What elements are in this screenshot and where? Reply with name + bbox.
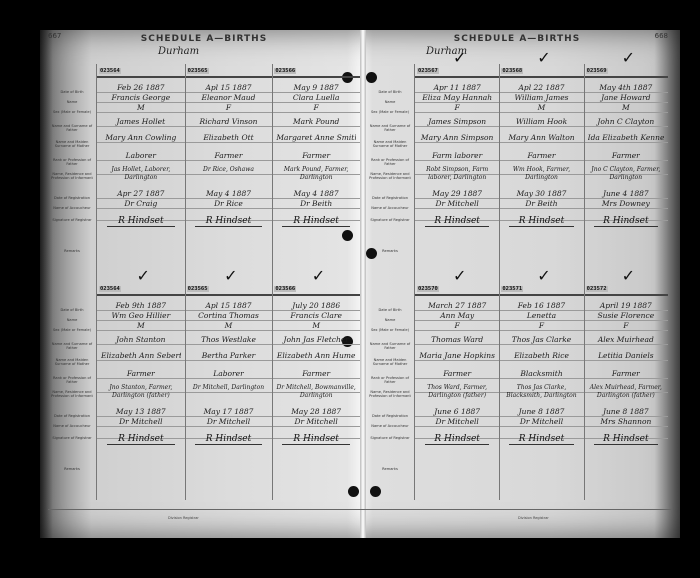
name-value: Francis Clare <box>276 312 356 320</box>
registration-date-value: May 4 1887 <box>189 190 269 198</box>
name-value: Eleanor Maud <box>189 94 269 102</box>
accoucheur-value: Dr Mitchell <box>276 418 356 426</box>
field-labels: Date of BirthNameSex (Male or Female)Nam… <box>48 64 97 500</box>
form-footer: Division Registrar Division Registrar <box>48 509 672 532</box>
remarks-label: Remarks <box>368 467 412 471</box>
father-profession-value: Farmer <box>189 152 269 160</box>
birth-record: 023572April 19 1887Susie FlorenceFAlex M… <box>584 296 668 496</box>
field-label: Name, Residence and Profession of Inform… <box>368 390 412 398</box>
date-of-birth-value: Feb 16 1887 <box>503 302 579 310</box>
field-label: Rank or Profession of Father <box>50 376 94 384</box>
field-label: Name <box>368 100 412 104</box>
informant-value: Wm Hook, Farmer, Darlington <box>503 166 579 182</box>
field-label: Name and Surname of Father <box>50 124 94 132</box>
check-mark-icon: ✓ <box>537 266 550 285</box>
date-of-birth-value: May 4th 1887 <box>588 84 664 92</box>
left-page: 667 SCHEDULE A—BIRTHS Durham Date of Bir… <box>48 30 360 500</box>
father-profession-value: Farmer <box>588 152 664 160</box>
accoucheur-value: Dr Mitchell <box>189 418 269 426</box>
registration-date-value: June 4 1887 <box>588 190 664 198</box>
registration-number: 023564 <box>99 68 121 74</box>
registration-date-value: June 8 1887 <box>588 408 664 416</box>
check-mark-icon: ✓ <box>622 48 635 67</box>
field-label: Rank or Profession of Father <box>368 376 412 384</box>
registrar-signature: R Hindset <box>594 216 658 227</box>
date-of-birth-value: Apl 22 1887 <box>503 84 579 92</box>
registrar-signature: R Hindset <box>594 434 658 445</box>
field-label: Name and Maiden Surname of Mother <box>50 358 94 366</box>
field-label: Date of Registration <box>368 196 412 200</box>
name-value: Wm Geo Hillier <box>101 312 181 320</box>
informant-value: Jno Stanton, Farmer, Darlington (father) <box>101 384 181 400</box>
registration-number: 023566 <box>274 286 296 292</box>
field-label: Date of Registration <box>50 414 94 418</box>
field-label: Name and Surname of Father <box>368 124 412 132</box>
registration-date-value: May 4 1887 <box>276 190 356 198</box>
name-value: Lenetta <box>503 312 579 320</box>
mother-value: Elizabeth Rice <box>503 352 579 360</box>
footer-label: Division Registrar <box>518 516 549 520</box>
field-label: Name of Accoucheur <box>368 206 412 210</box>
accoucheur-value: Dr Mitchell <box>419 418 495 426</box>
sex-value: F <box>503 322 579 330</box>
field-label: Name and Maiden Surname of Mother <box>368 358 412 366</box>
father-value: Thos Westlake <box>189 336 269 344</box>
registration-number: 023566 <box>274 68 296 74</box>
accoucheur-value: Dr Mitchell <box>419 200 495 208</box>
date-of-birth-value: July 20 1886 <box>276 302 356 310</box>
field-label: Name, Residence and Profession of Inform… <box>368 172 412 180</box>
father-value: Alex Muirhead <box>588 336 664 344</box>
date-of-birth-value: March 27 1887 <box>419 302 495 310</box>
field-label: Name <box>50 100 94 104</box>
date-of-birth-value: April 19 1887 <box>588 302 664 310</box>
field-label: Rank or Profession of Father <box>50 158 94 166</box>
father-value: Richard Vinson <box>189 118 269 126</box>
field-label: Name of Accoucheur <box>50 424 94 428</box>
name-value: Francis George <box>101 94 181 102</box>
registration-date-value: May 17 1887 <box>189 408 269 416</box>
footer-label: Division Registrar <box>168 516 199 520</box>
registrar-signature: R Hindset <box>282 216 350 227</box>
sex-value: M <box>189 322 269 330</box>
registration-date-value: June 6 1887 <box>419 408 495 416</box>
registrar-signature: R Hindset <box>425 216 489 227</box>
mother-value: Letitia Daniels <box>588 352 664 360</box>
informant-value: Dr Mitchell, Bowmanville, Darlington <box>276 384 356 400</box>
birth-record: 023567Apr 11 1887Eliza May HannahFJames … <box>415 78 499 278</box>
date-of-birth-value: Feb 26 1887 <box>101 84 181 92</box>
sex-value: M <box>276 322 356 330</box>
accoucheur-value: Mrs Shannon <box>588 418 664 426</box>
check-mark-icon: ✓ <box>312 266 325 285</box>
father-value: John Stanton <box>101 336 181 344</box>
field-label: Rank or Profession of Father <box>368 158 412 166</box>
birth-record: 023565Apl 15 1887Eleanor MaudFRichard Vi… <box>185 78 273 278</box>
informant-value: Robt Simpson, Farm laborer, Darlington <box>419 166 495 182</box>
informant-value: Thos Ward, Farmer, Darlington (father) <box>419 384 495 400</box>
right-page: 668 SCHEDULE A—BIRTHS Durham Date of Bir… <box>366 30 668 500</box>
registrar-signature: R Hindset <box>107 216 175 227</box>
name-value: Cortina Thomas <box>189 312 269 320</box>
registrar-signature: R Hindset <box>282 434 350 445</box>
father-profession-value: Farmer <box>503 152 579 160</box>
field-label: Date of Birth <box>50 90 94 94</box>
field-label: Date of Birth <box>368 90 412 94</box>
date-of-birth-value: May 9 1887 <box>276 84 356 92</box>
informant-value: Dr Mitchell, Darlington <box>189 384 269 392</box>
field-label: Date of Registration <box>50 196 94 200</box>
father-profession-value: Farmer <box>276 370 356 378</box>
father-profession-value: Laborer <box>101 152 181 160</box>
mother-value: Margaret Anne Smith <box>276 134 356 142</box>
mother-value: Elizabeth Ann Sebert <box>101 352 181 360</box>
name-value: Eliza May Hannah <box>419 94 495 102</box>
registration-number: 023565 <box>187 286 209 292</box>
registration-date-value: May 13 1887 <box>101 408 181 416</box>
father-value: William Hook <box>503 118 579 126</box>
mother-value: Elizabeth Ott <box>189 134 269 142</box>
form-title: SCHEDULE A—BIRTHS <box>48 34 360 44</box>
informant-value: Mark Pound, Farmer, Darlington <box>276 166 356 182</box>
registration-number: 023564 <box>99 286 121 292</box>
records-grid: 023567Apr 11 1887Eliza May HannahFJames … <box>415 64 668 500</box>
father-profession-value: Laborer <box>189 370 269 378</box>
accoucheur-value: Dr Rice <box>189 200 269 208</box>
sex-value: M <box>588 104 664 112</box>
field-label: Name and Maiden Surname of Mother <box>368 140 412 148</box>
registration-number: 023572 <box>586 286 608 292</box>
accoucheur-value: Dr Mitchell <box>101 418 181 426</box>
birth-record: 023571Feb 16 1887LenettaFThos Jas Clarke… <box>499 296 583 496</box>
birth-record: 023564Feb 9th 1887Wm Geo HillierMJohn St… <box>97 296 185 496</box>
field-label: Name and Maiden Surname of Mother <box>50 140 94 148</box>
mother-value: Elizabeth Ann Hume <box>276 352 356 360</box>
field-label: Signature of Registrar <box>368 436 412 440</box>
check-mark-icon: ✓ <box>453 48 466 67</box>
accoucheur-value: Dr Beith <box>503 200 579 208</box>
check-mark-icon: ✓ <box>136 266 149 285</box>
remarks-label: Remarks <box>368 249 412 253</box>
check-mark-icon: ✓ <box>537 48 550 67</box>
birth-record: 023565Apl 15 1887Cortina ThomasMThos Wes… <box>185 296 273 496</box>
date-of-birth-value: Feb 9th 1887 <box>101 302 181 310</box>
field-label: Name of Accoucheur <box>368 424 412 428</box>
registration-number: 023565 <box>187 68 209 74</box>
sex-value: M <box>503 104 579 112</box>
birth-record: 023569May 4th 1887Jane HowardMJohn C Cla… <box>584 78 668 278</box>
father-value: John Jas Fletcher <box>276 336 356 344</box>
birth-record: 023566May 9 1887Clara LuellaFMark PoundM… <box>272 78 360 278</box>
remarks-label: Remarks <box>50 467 94 471</box>
registration-date-value: May 30 1887 <box>503 190 579 198</box>
records-grid: 023564Feb 26 1887Francis GeorgeMJames Ho… <box>97 64 360 500</box>
field-label: Name and Surname of Father <box>368 342 412 350</box>
field-label: Date of Registration <box>368 414 412 418</box>
father-profession-value: Blacksmith <box>503 370 579 378</box>
date-of-birth-value: Apr 11 1887 <box>419 84 495 92</box>
registration-number: 023569 <box>586 68 608 74</box>
birth-record: 023570March 27 1887Ann MayFThomas WardMa… <box>415 296 499 496</box>
registration-date-value: May 29 1887 <box>419 190 495 198</box>
father-value: John C Clayton <box>588 118 664 126</box>
accoucheur-value: Dr Beith <box>276 200 356 208</box>
informant-value: Thos Jas Clarke, Blacksmith, Darlington <box>503 384 579 400</box>
sex-value: M <box>101 322 181 330</box>
field-label: Name <box>50 318 94 322</box>
remarks-label: Remarks <box>50 249 94 253</box>
accoucheur-value: Dr Craig <box>101 200 181 208</box>
birth-record: 023566July 20 1886Francis ClareMJohn Jas… <box>272 296 360 496</box>
registrar-signature: R Hindset <box>509 434 573 445</box>
birth-record: 023564Feb 26 1887Francis GeorgeMJames Ho… <box>97 78 185 278</box>
registration-number: 023570 <box>417 286 439 292</box>
field-labels: Date of BirthNameSex (Male or Female)Nam… <box>366 64 415 500</box>
name-value: William James <box>503 94 579 102</box>
form-title: SCHEDULE A—BIRTHS <box>366 34 668 44</box>
registration-number: 023567 <box>417 68 439 74</box>
informant-value: Dr Rice, Oshawa <box>189 166 269 174</box>
father-profession-value: Farmer <box>101 370 181 378</box>
registrar-signature: R Hindset <box>425 434 489 445</box>
scanned-register-image: 667 SCHEDULE A—BIRTHS Durham Date of Bir… <box>40 30 680 538</box>
father-value: Thos Jas Clarke <box>503 336 579 344</box>
sex-value: F <box>588 322 664 330</box>
sex-value: F <box>419 104 495 112</box>
name-value: Jane Howard <box>588 94 664 102</box>
accoucheur-value: Mrs Downey <box>588 200 664 208</box>
mother-value: Mary Ann Simpson <box>419 134 495 142</box>
father-profession-value: Farmer <box>588 370 664 378</box>
date-of-birth-value: Apl 15 1887 <box>189 84 269 92</box>
informant-value: Jno C Clayton, Farmer, Darlington <box>588 166 664 182</box>
father-value: Thomas Ward <box>419 336 495 344</box>
registrar-signature: R Hindset <box>195 434 263 445</box>
father-value: James Hollet <box>101 118 181 126</box>
sex-value: M <box>101 104 181 112</box>
field-label: Signature of Registrar <box>50 436 94 440</box>
sex-value: F <box>189 104 269 112</box>
registration-date-value: May 28 1887 <box>276 408 356 416</box>
field-label: Date of Birth <box>368 308 412 312</box>
mother-value: Maria Jane Hopkins <box>419 352 495 360</box>
field-label: Signature of Registrar <box>50 218 94 222</box>
birth-record: 023568Apl 22 1887William JamesMWilliam H… <box>499 78 583 278</box>
mother-value: Mary Ann Walton <box>503 134 579 142</box>
registration-number: 023571 <box>501 286 523 292</box>
field-label: Signature of Registrar <box>368 218 412 222</box>
father-profession-value: Farm laborer <box>419 152 495 160</box>
county-name: Durham <box>158 46 199 57</box>
field-label: Name, Residence and Profession of Inform… <box>50 172 94 180</box>
father-profession-value: Farmer <box>419 370 495 378</box>
field-label: Date of Birth <box>50 308 94 312</box>
field-label: Name, Residence and Profession of Inform… <box>50 390 94 398</box>
field-label: Name of Accoucheur <box>50 206 94 210</box>
registrar-signature: R Hindset <box>509 216 573 227</box>
name-value: Ann May <box>419 312 495 320</box>
name-value: Susie Florence <box>588 312 664 320</box>
accoucheur-value: Dr Mitchell <box>503 418 579 426</box>
name-value: Clara Luella <box>276 94 356 102</box>
informant-value: Jas Hollet, Laborer, Darlington <box>101 166 181 182</box>
check-mark-icon: ✓ <box>622 266 635 285</box>
registration-date-value: Apr 27 1887 <box>101 190 181 198</box>
registrar-signature: R Hindset <box>195 216 263 227</box>
mother-value: Bertha Parker <box>189 352 269 360</box>
mother-value: Mary Ann Cowling <box>101 134 181 142</box>
father-value: Mark Pound <box>276 118 356 126</box>
registrar-signature: R Hindset <box>107 434 175 445</box>
sex-value: F <box>276 104 356 112</box>
field-label: Name <box>368 318 412 322</box>
field-label: Sex (Male or Female) <box>368 328 412 332</box>
registration-date-value: June 8 1887 <box>503 408 579 416</box>
field-label: Name and Surname of Father <box>50 342 94 350</box>
field-label: Sex (Male or Female) <box>50 110 94 114</box>
sex-value: F <box>419 322 495 330</box>
date-of-birth-value: Apl 15 1887 <box>189 302 269 310</box>
informant-value: Alex Muirhead, Farmer, Darlington (fathe… <box>588 384 664 400</box>
check-mark-icon: ✓ <box>224 266 237 285</box>
father-profession-value: Farmer <box>276 152 356 160</box>
father-value: James Simpson <box>419 118 495 126</box>
mother-value: Ida Elizabeth Kennedy <box>588 134 664 142</box>
field-label: Sex (Male or Female) <box>50 328 94 332</box>
field-label: Sex (Male or Female) <box>368 110 412 114</box>
check-mark-icon: ✓ <box>453 266 466 285</box>
registration-number: 023568 <box>501 68 523 74</box>
